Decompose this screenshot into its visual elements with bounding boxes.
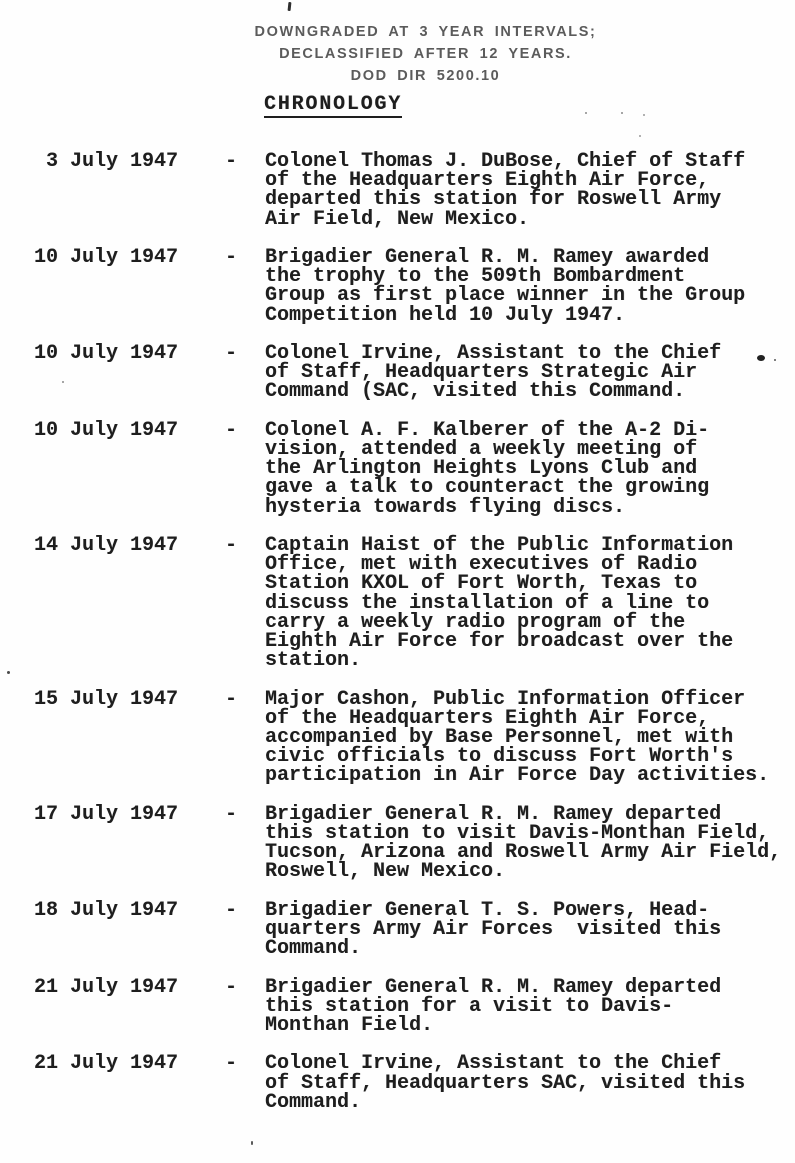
entry-separator: -: [225, 421, 237, 440]
chronology-entry: 21 July 1947 - Colonel Irvine, Assistant…: [0, 1054, 795, 1112]
entry-description: Colonel Thomas J. DuBose, Chief of Staff…: [265, 152, 789, 229]
chronology-entry: 14 July 1947 - Captain Haist of the Publ…: [0, 536, 795, 670]
entry-description: Colonel A. F. Kalberer of the A-2 Di- vi…: [265, 421, 789, 517]
entry-separator: -: [225, 1054, 237, 1073]
entry-separator: -: [225, 805, 237, 824]
entry-date: 10 July 1947: [30, 421, 178, 440]
scan-speck: [621, 112, 623, 114]
entry-date: 18 July 1947: [30, 901, 178, 920]
chronology-entry: 21 July 1947 - Brigadier General R. M. R…: [0, 978, 795, 1036]
entry-date: 21 July 1947: [30, 1054, 178, 1073]
chronology-entry: 10 July 1947 - Colonel A. F. Kalberer of…: [0, 421, 795, 517]
page-title: CHRONOLOGY: [264, 95, 402, 118]
scan-speck: [62, 381, 64, 383]
scan-speck: [288, 2, 292, 11]
stamp-line: DOD DIR 5200.10: [28, 65, 795, 87]
chronology-entry: 17 July 1947 - Brigadier General R. M. R…: [0, 805, 795, 882]
entry-date: 3 July 1947: [30, 152, 178, 171]
entry-description: Captain Haist of the Public Information …: [265, 536, 789, 670]
stamp-line: DECLASSIFIED AFTER 12 YEARS.: [28, 43, 795, 65]
entry-separator: -: [225, 152, 237, 171]
entry-description: Colonel Irvine, Assistant to the Chief o…: [265, 344, 789, 402]
scan-speck: [757, 355, 765, 361]
entry-date: 14 July 1947: [30, 536, 178, 555]
entry-date: 17 July 1947: [30, 805, 178, 824]
entry-description: Brigadier General R. M. Ramey departed t…: [265, 805, 789, 882]
entry-description: Colonel Irvine, Assistant to the Chief o…: [265, 1054, 789, 1112]
classification-stamp: DOWNGRADED AT 3 YEAR INTERVALS; DECLASSI…: [28, 21, 795, 87]
entry-separator: -: [225, 536, 237, 555]
document-page: DOWNGRADED AT 3 YEAR INTERVALS; DECLASSI…: [0, 0, 795, 1163]
chronology-entry: 10 July 1947 - Colonel Irvine, Assistant…: [0, 344, 795, 402]
scan-speck: [643, 114, 645, 116]
chronology-entry: 10 July 1947 - Brigadier General R. M. R…: [0, 248, 795, 325]
entry-separator: -: [225, 978, 237, 997]
entry-separator: -: [225, 901, 237, 920]
scan-speck: [639, 135, 641, 137]
entry-date: 10 July 1947: [30, 344, 178, 363]
entry-description: Brigadier General R. M. Ramey departed t…: [265, 978, 789, 1036]
entry-date: 15 July 1947: [30, 690, 178, 709]
scan-speck: [251, 1141, 253, 1145]
entry-date: 21 July 1947: [30, 978, 178, 997]
scan-speck: [585, 112, 587, 114]
entry-description: Major Cashon, Public Information Officer…: [265, 690, 789, 786]
scan-speck: [774, 359, 776, 361]
stamp-line: DOWNGRADED AT 3 YEAR INTERVALS;: [28, 21, 795, 43]
chronology-entry: 18 July 1947 - Brigadier General T. S. P…: [0, 901, 795, 959]
entry-separator: -: [225, 248, 237, 267]
scan-speck: [7, 671, 10, 674]
entry-description: Brigadier General T. S. Powers, Head- qu…: [265, 901, 789, 959]
entry-separator: -: [225, 344, 237, 363]
chronology-entry: 3 July 1947 - Colonel Thomas J. DuBose, …: [0, 152, 795, 229]
entry-date: 10 July 1947: [30, 248, 178, 267]
entry-description: Brigadier General R. M. Ramey awarded th…: [265, 248, 789, 325]
entry-separator: -: [225, 690, 237, 709]
chronology-entries: 3 July 1947 - Colonel Thomas J. DuBose, …: [0, 152, 795, 1131]
chronology-entry: 15 July 1947 - Major Cashon, Public Info…: [0, 690, 795, 786]
